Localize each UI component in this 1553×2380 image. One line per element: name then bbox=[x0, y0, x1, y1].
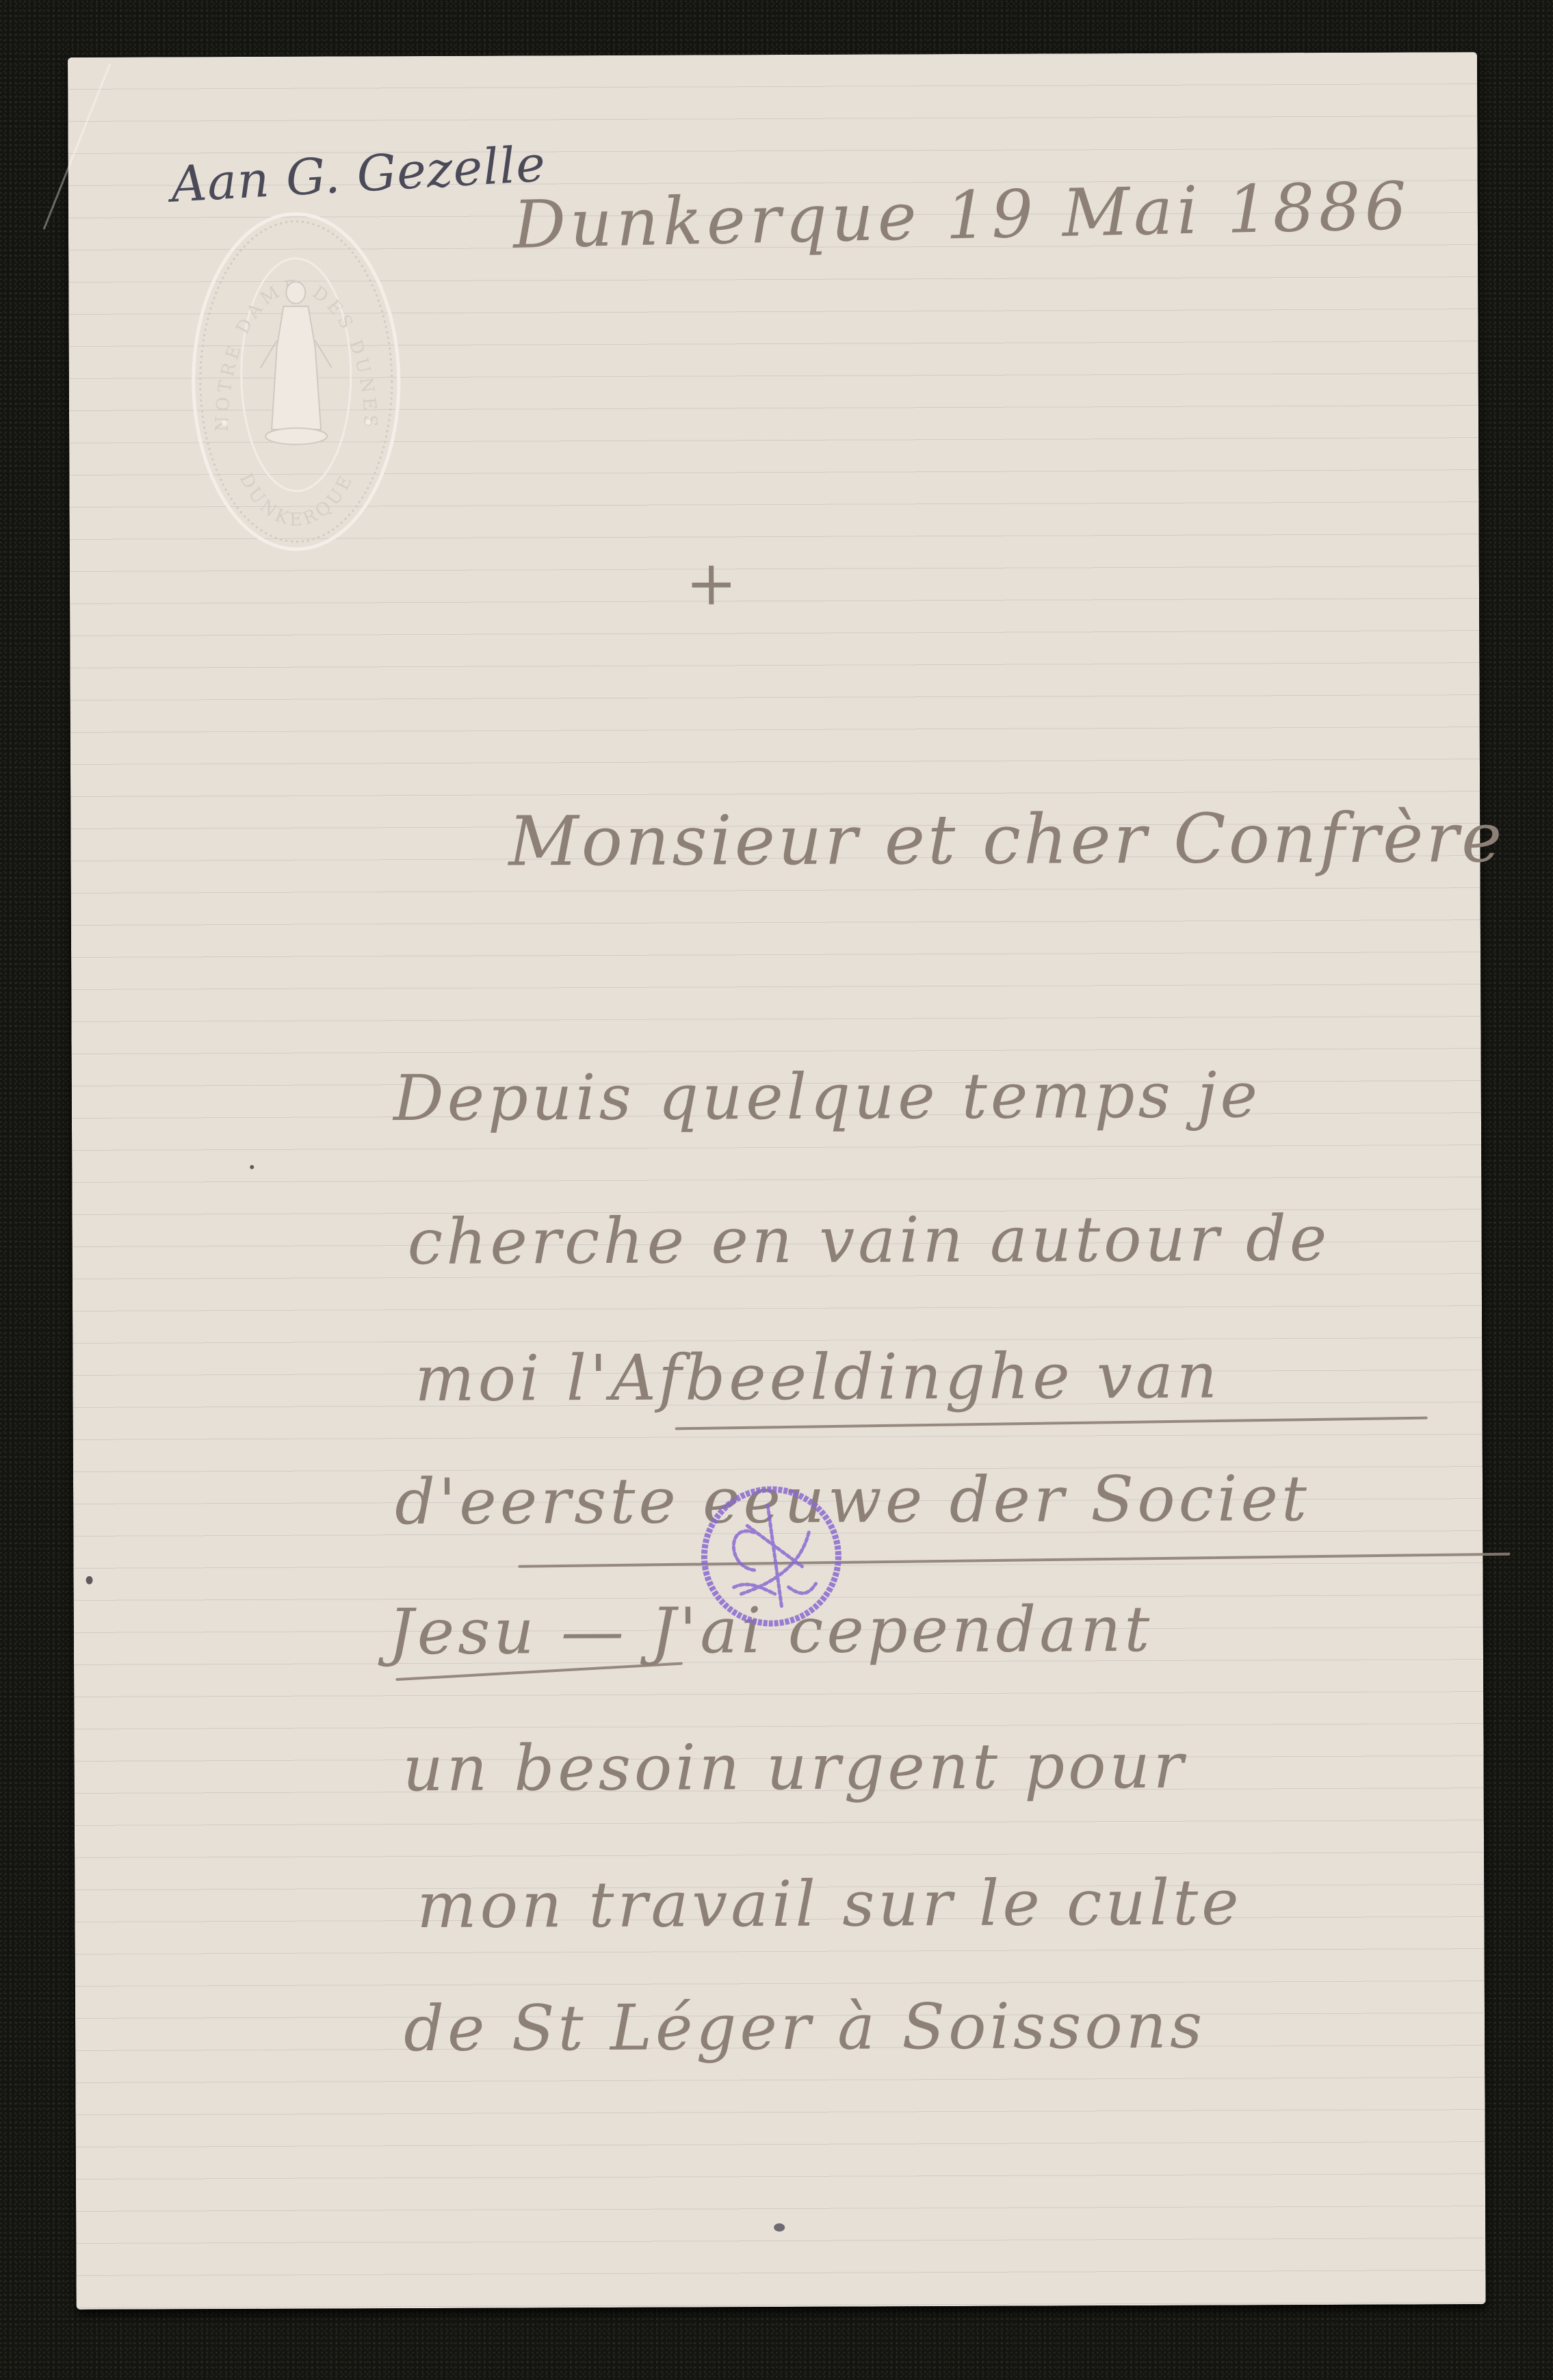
body-line-1: Depuis quelque temps je bbox=[393, 1058, 1261, 1135]
body-line-3: moi l'Afbeeldinghe van bbox=[415, 1339, 1221, 1416]
cross-mark: + bbox=[686, 547, 738, 619]
monogram-stamp-icon bbox=[699, 1485, 844, 1629]
svg-text:DUNKERQUE: DUNKERQUE bbox=[235, 470, 358, 531]
letter-page: Aan G. Gezelle NOTRE DAME DES DUNES DUNK… bbox=[68, 52, 1486, 2310]
body-line-2: cherche en vain autour de bbox=[407, 1202, 1330, 1279]
underline-1 bbox=[675, 1417, 1428, 1430]
archival-annotation: Aan G. Gezelle bbox=[170, 135, 547, 213]
letter-salutation: Monsieur et cher Confrère bbox=[508, 798, 1504, 882]
ink-speck bbox=[250, 1165, 254, 1169]
body-line-7: mon travail sur le culte bbox=[417, 1866, 1242, 1942]
body-line-8: de St Léger à Soissons bbox=[404, 1989, 1206, 2065]
underline-2 bbox=[518, 1553, 1510, 1568]
body-line-6: un besoin urgent pour bbox=[402, 1729, 1187, 1805]
paper-crease bbox=[43, 64, 111, 230]
embossed-seal-icon: NOTRE DAME DES DUNES DUNKERQUE bbox=[186, 203, 406, 560]
ink-speck bbox=[86, 1576, 93, 1584]
body-line-4: d'eerste eeuwe der Societ bbox=[395, 1462, 1310, 1539]
seal-bottom-text: DUNKERQUE bbox=[235, 470, 358, 531]
letter-dateline: Dunkerque 19 Mai 1886 bbox=[512, 168, 1411, 263]
ink-stain bbox=[774, 2223, 785, 2232]
